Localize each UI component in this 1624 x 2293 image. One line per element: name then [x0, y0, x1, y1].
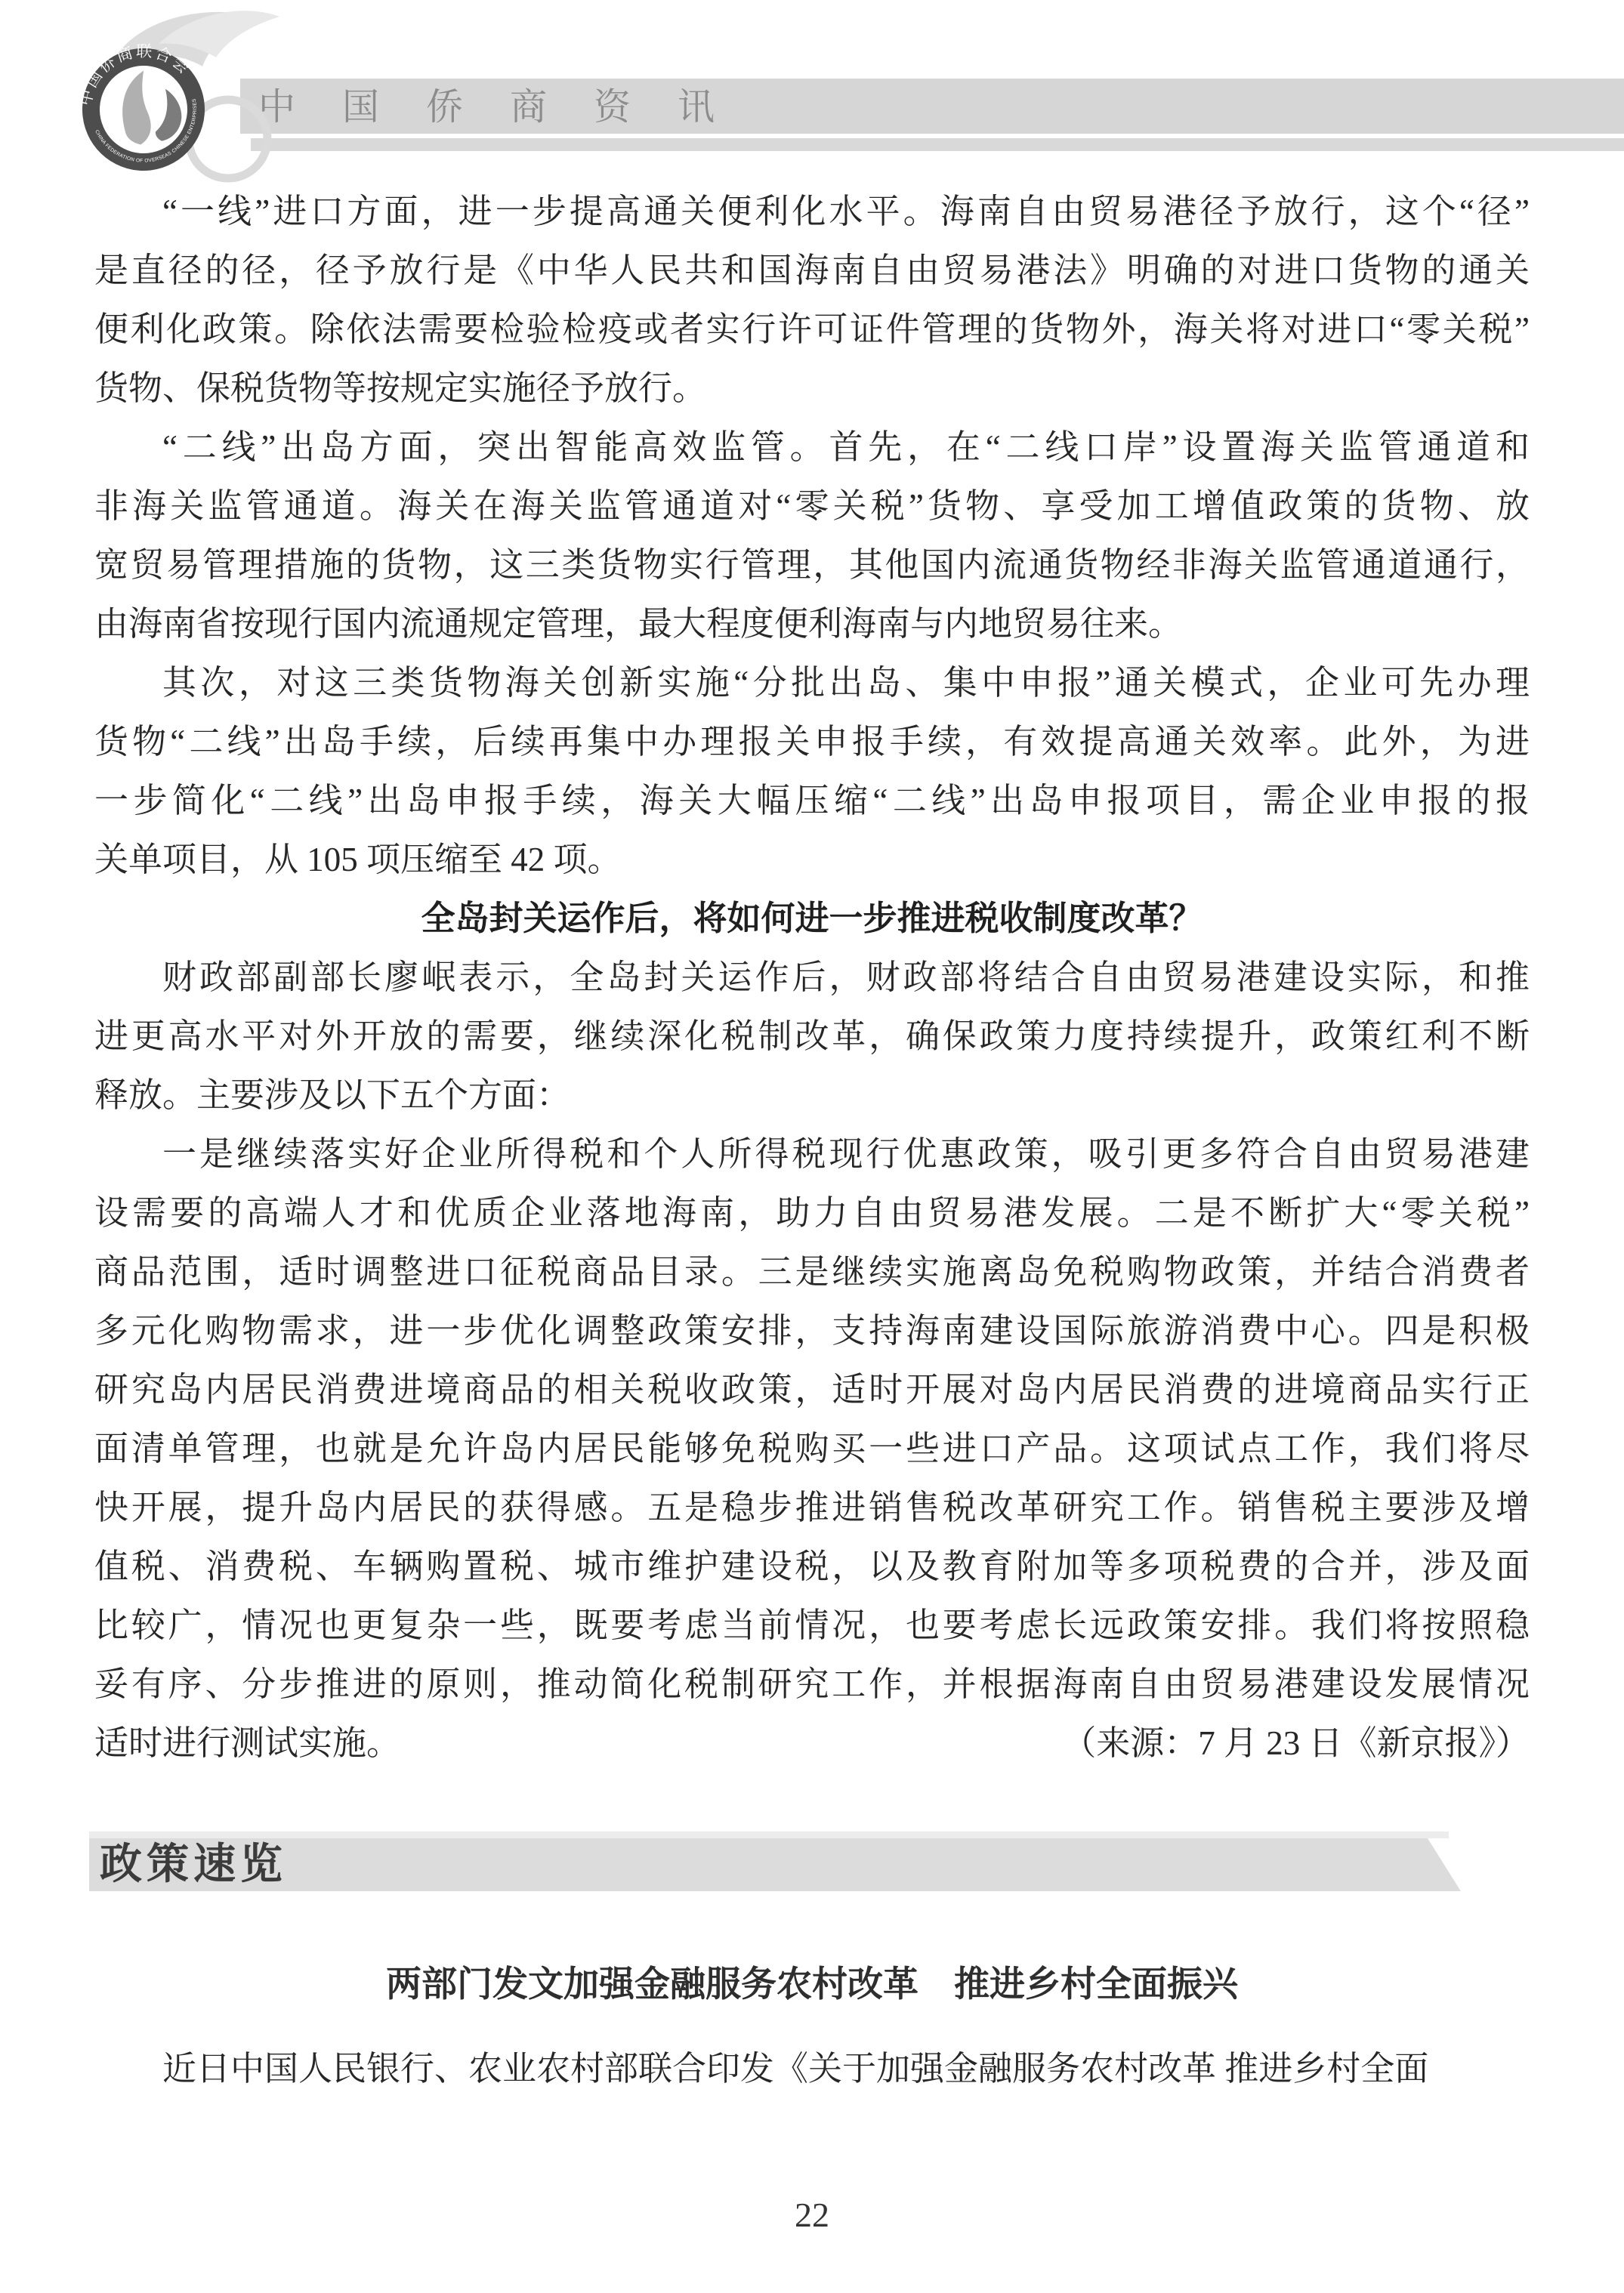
- body-line: 设需要的高端人才和优质企业落地海南，助力自由贸易港发展。二是不断扩大“零关税”: [94, 1184, 1530, 1242]
- body-line: 研究岛内居民消费进境商品的相关税收政策，适时开展对岛内居民消费的进境商品实行正: [94, 1360, 1530, 1419]
- body-line: 值税、消费税、车辆购置税、城市维护建设税，以及教育附加等多项税费的合并，涉及面: [94, 1537, 1530, 1596]
- page-number: 22: [0, 2195, 1624, 2240]
- body-line: “二线”出岛方面，突出智能高效监管。首先，在“二线口岸”设置海关监管通道和: [94, 418, 1530, 477]
- article-rural-first-line: 近日中国人民银行、农业农村部联合印发《关于加强金融服务农村改革 推进乡村全面: [94, 2039, 1530, 2098]
- body-line: 释放。主要涉及以下五个方面：: [94, 1066, 1530, 1125]
- body-line: 其次，对这三类货物海关创新实施“分批出岛、集中申报”通关模式，企业可先办理: [94, 653, 1530, 712]
- document-page: 中国侨商资讯 中国侨商联合会: [0, 0, 1624, 2293]
- source-attribution: （来源：7 月 23 日《新京报》）: [1062, 1714, 1530, 1773]
- article-rural-title: 两部门发文加强金融服务农村改革 推进乡村全面振兴: [0, 1959, 1624, 2009]
- body-line: 比较广，情况也更复杂一些，既要考虑当前情况，也要考虑长远政策安排。我们将按照稳: [94, 1596, 1530, 1655]
- body-line: 面清单管理，也就是允许岛内居民能够免税购买一些进口产品。这项试点工作，我们将尽: [94, 1419, 1530, 1478]
- body-line: 进更高水平对外开放的需要，继续深化税制改革，确保政策力度持续提升，政策红利不断: [94, 1007, 1530, 1066]
- body-line: 关单项目，从 105 项压缩至 42 项。: [94, 830, 1530, 889]
- body-line: 由海南省按现行国内流通规定管理，最大程度便利海南与内地贸易往来。: [94, 594, 1530, 653]
- masthead-title: 中国侨商资讯: [258, 79, 761, 134]
- section-banner-highlight: [89, 1832, 1449, 1838]
- organization-logo-icon: 中国侨商联合会 CHINA FEDERATION OF OVERSEAS CHI…: [0, 0, 325, 227]
- section-banner: 政策速览: [89, 1838, 1461, 1891]
- body-line: 多元化购物需求，进一步优化调整政策安排，支持海南建设国际旅游消费中心。四是积极: [94, 1301, 1530, 1360]
- masthead-sub-banner: [251, 138, 1624, 151]
- body-line: 便利化政策。除依法需要检验检疫或者实行许可证件管理的货物外，海关将对进口“零关税…: [94, 300, 1530, 359]
- body-line: 妥有序、分步推进的原则，推动简化税制研究工作，并根据海南自由贸易港建设发展情况: [94, 1655, 1530, 1714]
- body-line: 是直径的径，径予放行是《中华人民共和国海南自由贸易港法》明确的对进口货物的通关: [94, 241, 1530, 300]
- body-line: 非海关监管通道。海关在海关监管通道对“零关税”货物、享受加工增值政策的货物、放: [94, 477, 1530, 535]
- body-line: 宽贸易管理措施的货物，这三类货物实行管理，其他国内流通货物经非海关监管通道通行，: [94, 535, 1530, 594]
- article-subheading: 全岛封关运作后，将如何进一步推进税收制度改革？: [94, 889, 1530, 948]
- body-line: 快开展，提升岛内居民的获得感。五是稳步推进销售税改革研究工作。销售税主要涉及增: [94, 1478, 1530, 1537]
- body-line: 货物、保税货物等按规定实施径予放行。: [94, 359, 1530, 418]
- section-title: 政策速览: [89, 1838, 1461, 1891]
- article-customs-body: “一线”进口方面，进一步提高通关便利化水平。海南自由贸易港径予放行，这个“径” …: [94, 182, 1530, 1773]
- body-line: 财政部副部长廖岷表示，全岛封关运作后，财政部将结合自由贸易港建设实际，和推: [94, 948, 1530, 1007]
- body-line: 货物“二线”出岛手续，后续再集中办理报关申报手续，有效提高通关效率。此外，为进: [94, 712, 1530, 771]
- body-line: 一是继续落实好企业所得税和个人所得税现行优惠政策，吸引更多符合自由贸易港建: [94, 1125, 1530, 1184]
- body-line: 商品范围，适时调整进口征税商品目录。三是继续实施离岛免税购物政策，并结合消费者: [94, 1242, 1530, 1301]
- masthead-banner: 中国侨商资讯: [240, 79, 1624, 134]
- closing-text: 适时进行测试实施。: [94, 1714, 400, 1773]
- closing-line: 适时进行测试实施。 （来源：7 月 23 日《新京报》）: [94, 1714, 1530, 1773]
- body-line: 一步简化“二线”出岛申报手续，海关大幅压缩“二线”出岛申报项目，需企业申报的报: [94, 771, 1530, 830]
